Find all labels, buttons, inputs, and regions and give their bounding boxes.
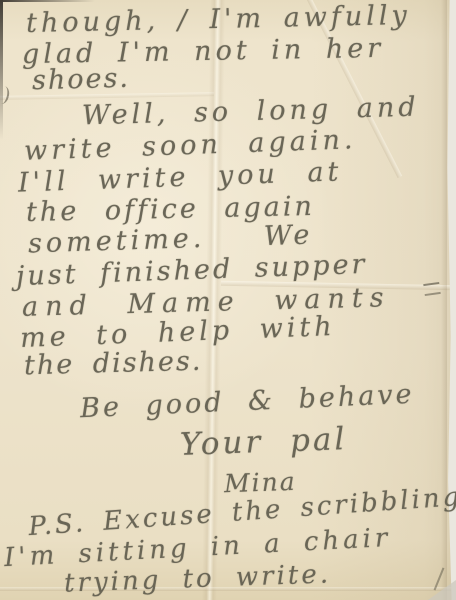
scan-edge-top: [0, 0, 95, 2]
scan-edge-left: [0, 0, 3, 140]
letter-closing-line: Your pal: [179, 421, 347, 463]
letter-body-line: the dishes.: [24, 346, 203, 382]
letter-scan: though, / I'm awfully glad I'm not in he…: [0, 0, 456, 600]
letter-body-line: shoes.: [32, 63, 131, 97]
pencil-dash-mark: [423, 282, 441, 296]
